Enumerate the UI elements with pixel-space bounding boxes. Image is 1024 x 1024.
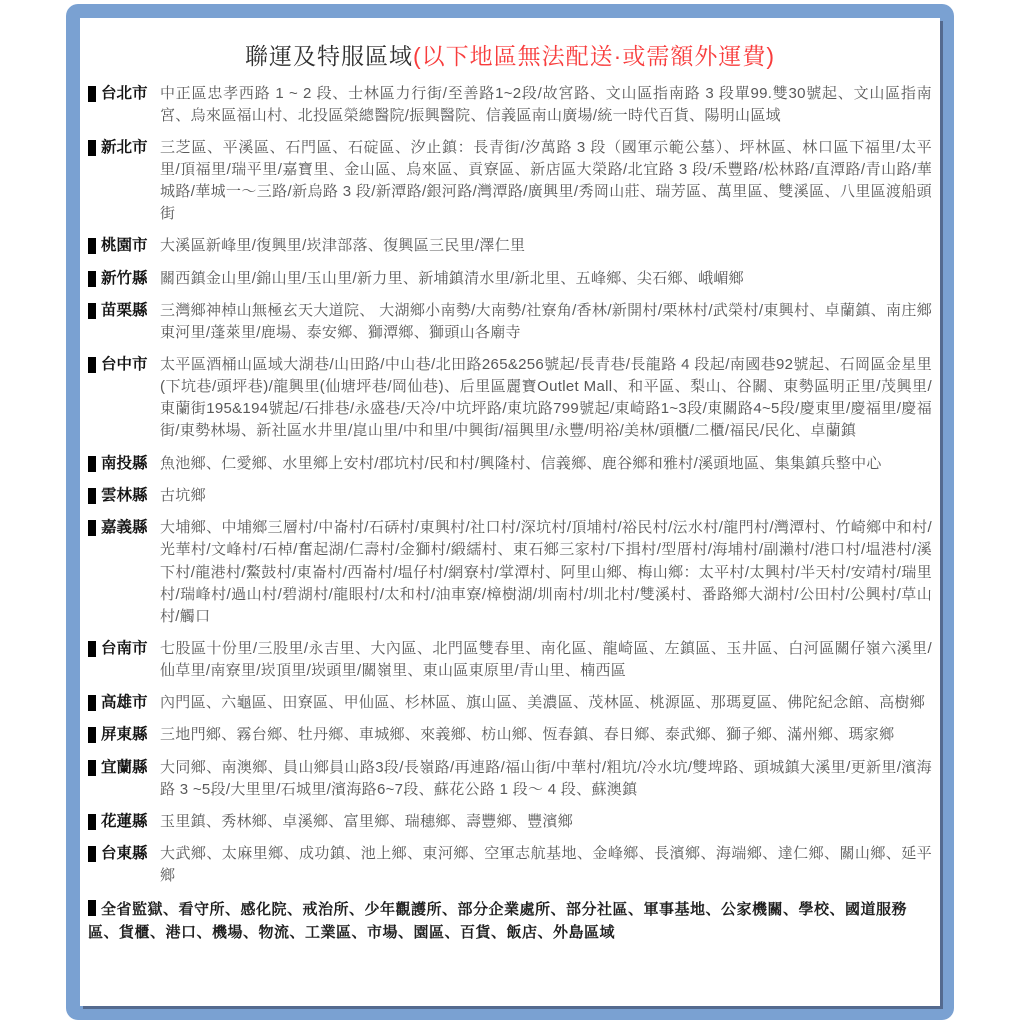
region-areas: 太平區酒桶山區域大湖巷/山田路/中山巷/北田路265&256號起/長青巷/長龍路… xyxy=(160,354,932,442)
region-label-text: 新北市 xyxy=(101,137,148,159)
row-marker-icon xyxy=(88,86,96,102)
region-areas: 內門區、六龜區、田寮區、甲仙區、杉林區、旗山區、美濃區、茂林區、桃源區、那瑪夏區… xyxy=(160,692,932,714)
row-marker-icon xyxy=(88,727,96,743)
region-label: 桃園市 xyxy=(88,235,160,257)
region-label-text: 雲林縣 xyxy=(101,485,148,507)
row-marker-icon xyxy=(88,760,96,776)
page-title: 聯運及特服區域(以下地區無法配送·或需額外運費) xyxy=(86,38,934,71)
region-label: 台南市 xyxy=(88,638,160,682)
region-label: 花蓮縣 xyxy=(88,811,160,833)
row-marker-icon xyxy=(88,641,96,657)
region-label: 宜蘭縣 xyxy=(88,757,160,801)
region-label-text: 台北市 xyxy=(101,83,148,105)
row-marker-icon xyxy=(88,456,96,472)
row-marker-icon xyxy=(88,303,96,319)
region-areas: 三地門鄉、霧台鄉、牡丹鄉、車城鄉、來義鄉、枋山鄉、恆春鎮、春日鄉、泰武鄉、獅子鄉… xyxy=(160,724,932,746)
region-row-台東縣: 台東縣 大武鄉、太麻里鄉、成功鎮、池上鄉、東河鄉、空軍志航基地、金峰鄉、長濱鄉、… xyxy=(88,843,932,887)
region-label: 雲林縣 xyxy=(88,485,160,507)
row-marker-icon xyxy=(88,520,96,536)
region-areas: 大武鄉、太麻里鄉、成功鎮、池上鄉、東河鄉、空軍志航基地、金峰鄉、長濱鄉、海端鄉、… xyxy=(160,843,932,887)
footer-row: 全省監獄、看守所、感化院、戒治所、少年觀護所、部分企業處所、部分社區、軍事基地、… xyxy=(88,897,932,944)
region-row-高雄市: 高雄市 內門區、六龜區、田寮區、甲仙區、杉林區、旗山區、美濃區、茂林區、桃源區、… xyxy=(88,692,932,714)
row-marker-icon xyxy=(88,140,96,156)
region-label: 新竹縣 xyxy=(88,268,160,290)
region-label-text: 高雄市 xyxy=(101,692,148,714)
region-areas: 關西鎮金山里/錦山里/玉山里/新力里、新埔鎮清水里/新北里、五峰鄉、尖石鄉、峨嵋… xyxy=(160,268,932,290)
region-label: 台北市 xyxy=(88,83,160,127)
region-row-雲林縣: 雲林縣 古坑鄉 xyxy=(88,485,932,507)
region-label-text: 花蓮縣 xyxy=(101,811,148,833)
region-row-台中市: 台中市 太平區酒桶山區域大湖巷/山田路/中山巷/北田路265&256號起/長青巷… xyxy=(88,354,932,442)
region-label-text: 台東縣 xyxy=(101,843,148,865)
row-marker-icon xyxy=(88,814,96,830)
region-label-text: 桃園市 xyxy=(101,235,148,257)
row-marker-icon xyxy=(88,695,96,711)
region-row-嘉義縣: 嘉義縣 大埔鄉、中埔鄉三層村/中崙村/石硦村/東興村/社口村/深坑村/頂埔村/裕… xyxy=(88,517,932,627)
content-panel: 聯運及特服區域(以下地區無法配送·或需額外運費) 台北市 中正區忠孝西路 1 ~… xyxy=(80,18,940,1006)
region-row-宜蘭縣: 宜蘭縣 大同鄉、南澳鄉、員山鄉員山路3段/長嶺路/再連路/福山街/中華村/粗坑/… xyxy=(88,757,932,801)
region-label: 新北市 xyxy=(88,137,160,225)
region-label: 嘉義縣 xyxy=(88,517,160,627)
region-label: 苗栗縣 xyxy=(88,300,160,344)
region-row-台北市: 台北市 中正區忠孝西路 1 ~ 2 段、士林區力行街/至善路1~2段/故宮路、文… xyxy=(88,83,932,127)
blue-frame: 聯運及特服區域(以下地區無法配送·或需額外運費) 台北市 中正區忠孝西路 1 ~… xyxy=(66,4,954,1020)
region-label: 南投縣 xyxy=(88,453,160,475)
region-label-text: 南投縣 xyxy=(101,453,148,475)
region-list: 台北市 中正區忠孝西路 1 ~ 2 段、士林區力行街/至善路1~2段/故宮路、文… xyxy=(86,83,934,887)
row-marker-icon xyxy=(88,900,96,916)
region-label-text: 宜蘭縣 xyxy=(101,757,148,779)
region-label: 台中市 xyxy=(88,354,160,442)
region-label: 台東縣 xyxy=(88,843,160,887)
region-label-text: 新竹縣 xyxy=(101,268,148,290)
footer-text: 全省監獄、看守所、感化院、戒治所、少年觀護所、部分企業處所、部分社區、軍事基地、… xyxy=(88,901,907,941)
row-marker-icon xyxy=(88,271,96,287)
region-label-text: 屏東縣 xyxy=(101,724,148,746)
row-marker-icon xyxy=(88,846,96,862)
region-areas: 魚池鄉、仁愛鄉、水里鄉上安村/郡坑村/民和村/興隆村、信義鄉、鹿谷鄉和雅村/溪頭… xyxy=(160,453,932,475)
region-areas: 大同鄉、南澳鄉、員山鄉員山路3段/長嶺路/再連路/福山街/中華村/粗坑/冷水坑/… xyxy=(160,757,932,801)
region-label-text: 台南市 xyxy=(101,638,148,660)
title-note: (以下地區無法配送·或需額外運費) xyxy=(413,43,775,69)
region-areas: 三灣鄉神棹山無極玄天大道院、 大湖鄉小南勢/大南勢/社寮角/香林/新開村/栗林村… xyxy=(160,300,932,344)
region-areas: 七股區十份里/三股里/永吉里、大內區、北門區雙春里、南化區、龍崎區、左鎮區、玉井… xyxy=(160,638,932,682)
region-label: 高雄市 xyxy=(88,692,160,714)
region-row-南投縣: 南投縣 魚池鄉、仁愛鄉、水里鄉上安村/郡坑村/民和村/興隆村、信義鄉、鹿谷鄉和雅… xyxy=(88,453,932,475)
region-label-text: 嘉義縣 xyxy=(101,517,148,539)
region-row-桃園市: 桃園市 大溪區新峰里/復興里/崁津部落、復興區三民里/澤仁里 xyxy=(88,235,932,257)
region-areas: 中正區忠孝西路 1 ~ 2 段、士林區力行街/至善路1~2段/故宮路、文山區指南… xyxy=(160,83,932,127)
region-areas: 三芝區、平溪區、石門區、石碇區、汐止鎮：長青街/汐萬路 3 段（國軍示範公墓）、… xyxy=(160,137,932,225)
row-marker-icon xyxy=(88,357,96,373)
region-areas: 大埔鄉、中埔鄉三層村/中崙村/石硦村/東興村/社口村/深坑村/頂埔村/裕民村/沄… xyxy=(160,517,932,627)
region-row-苗栗縣: 苗栗縣 三灣鄉神棹山無極玄天大道院、 大湖鄉小南勢/大南勢/社寮角/香林/新開村… xyxy=(88,300,932,344)
region-areas: 玉里鎮、秀林鄉、卓溪鄉、富里鄉、瑞穗鄉、壽豐鄉、豐濱鄉 xyxy=(160,811,932,833)
region-row-花蓮縣: 花蓮縣 玉里鎮、秀林鄉、卓溪鄉、富里鄉、瑞穗鄉、壽豐鄉、豐濱鄉 xyxy=(88,811,932,833)
region-row-新竹縣: 新竹縣 關西鎮金山里/錦山里/玉山里/新力里、新埔鎮清水里/新北里、五峰鄉、尖石… xyxy=(88,268,932,290)
region-row-新北市: 新北市 三芝區、平溪區、石門區、石碇區、汐止鎮：長青街/汐萬路 3 段（國軍示範… xyxy=(88,137,932,225)
title-main: 聯運及特服區域 xyxy=(245,43,413,69)
row-marker-icon xyxy=(88,238,96,254)
region-row-台南市: 台南市 七股區十份里/三股里/永吉里、大內區、北門區雙春里、南化區、龍崎區、左鎮… xyxy=(88,638,932,682)
region-label-text: 苗栗縣 xyxy=(101,300,148,322)
region-label: 屏東縣 xyxy=(88,724,160,746)
region-areas: 古坑鄉 xyxy=(160,485,932,507)
region-label-text: 台中市 xyxy=(101,354,148,376)
region-row-屏東縣: 屏東縣 三地門鄉、霧台鄉、牡丹鄉、車城鄉、來義鄉、枋山鄉、恆春鎮、春日鄉、泰武鄉… xyxy=(88,724,932,746)
region-areas: 大溪區新峰里/復興里/崁津部落、復興區三民里/澤仁里 xyxy=(160,235,932,257)
row-marker-icon xyxy=(88,488,96,504)
